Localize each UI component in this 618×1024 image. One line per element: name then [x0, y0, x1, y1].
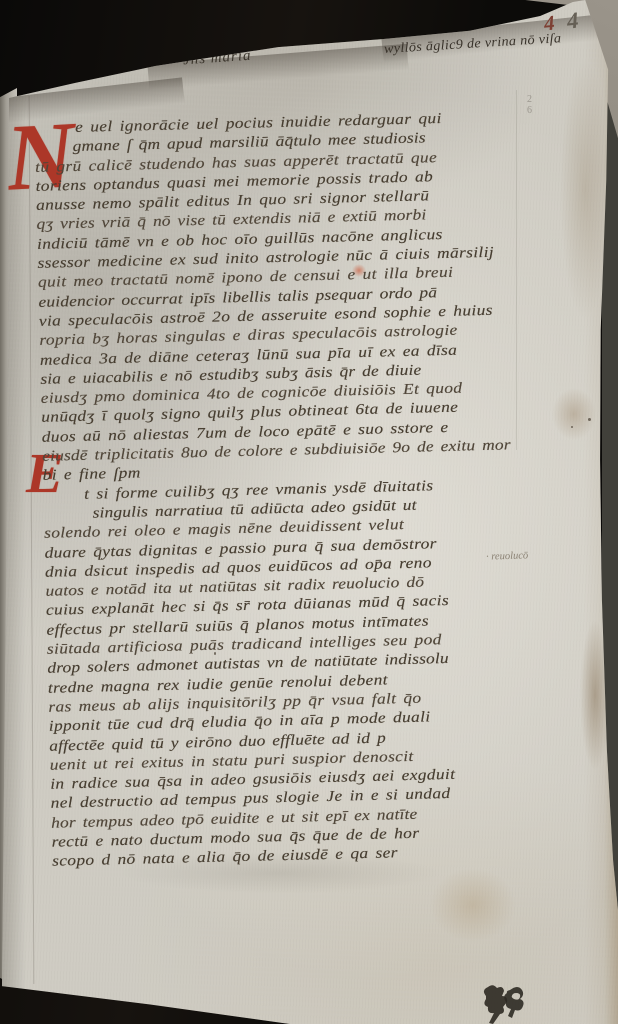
- paragraph-2: t si forme cuilibʒ qʒ ree vmanis ysdē dī…: [43, 474, 553, 872]
- stain: [430, 868, 516, 942]
- manuscript-photo: Jh̄s maria wyllōs āglic9 de vrina nō viſ…: [0, 0, 618, 1024]
- text-block: e uel ignorācie uel pocius inuidie redar…: [30, 108, 553, 873]
- folio-number-red: 4: [543, 11, 556, 37]
- pencil-mark: 2: [527, 94, 532, 105]
- margin-note: · reuolucō: [486, 550, 529, 562]
- manuscript-page: Jh̄s maria wyllōs āglic9 de vrina nō viſ…: [0, 0, 618, 1024]
- paragraph-1: e uel ignorācie uel pocius inuidie redar…: [34, 108, 544, 487]
- ink-doodle: [472, 982, 536, 1024]
- folio-number-dark: 4: [566, 7, 580, 34]
